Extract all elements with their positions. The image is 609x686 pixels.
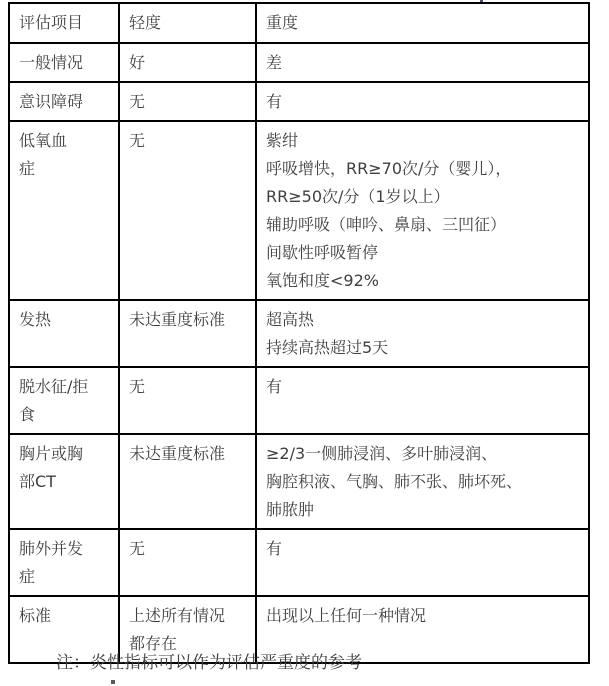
table-row-extrapulmonary: 肺外并发 症 无 有 — [9, 529, 589, 596]
cell-severe-criteria: ≥2/3一侧肺浸润、多叶肺浸润、 胸腔积液、气胸、肺不张、肺坏死、 肺脓肿 — [256, 434, 589, 529]
cell-assessment-item: 发热 — [9, 300, 119, 367]
cell-severe-criteria: 有 — [256, 367, 589, 434]
table-header-row: 评估项目 轻度 重度 — [9, 3, 589, 43]
column-header-mild: 轻度 — [119, 3, 256, 43]
severity-assessment-table: 评估项目 轻度 重度 一般情况 好 差 意识障碍 无 有 低氧血 症 无 紫绀 … — [8, 2, 590, 664]
cell-severe-criteria: 有 — [256, 529, 589, 596]
cell-mild-criteria: 无 — [119, 367, 256, 434]
cell-assessment-item: 低氧血 症 — [9, 121, 119, 300]
cropped-text-artifact-bottom — [111, 680, 115, 684]
table-row-hypoxemia: 低氧血 症 无 紫绀 呼吸增快，RR≥70次/分（婴儿）， RR≥50次/分（1… — [9, 121, 589, 300]
table-row-general-condition: 一般情况 好 差 — [9, 43, 589, 82]
cell-severe-criteria: 紫绀 呼吸增快，RR≥70次/分（婴儿）， RR≥50次/分（1岁以上） 辅助呼… — [256, 121, 589, 300]
cell-assessment-item: 意识障碍 — [9, 82, 119, 121]
cell-assessment-item: 胸片或胸 部CT — [9, 434, 119, 529]
table-row-consciousness: 意识障碍 无 有 — [9, 82, 589, 121]
column-header-severe: 重度 — [256, 3, 589, 43]
cell-assessment-item: 脱水征/拒 食 — [9, 367, 119, 434]
cell-mild-criteria: 未达重度标准 — [119, 300, 256, 367]
table-row-dehydration: 脱水征/拒 食 无 有 — [9, 367, 589, 434]
cell-mild-criteria: 好 — [119, 43, 256, 82]
cell-mild-criteria: 未达重度标准 — [119, 434, 256, 529]
cell-severe-criteria: 差 — [256, 43, 589, 82]
cell-mild-criteria: 无 — [119, 82, 256, 121]
cell-mild-criteria: 无 — [119, 121, 256, 300]
cell-severe-criteria: 超高热 持续高热超过5天 — [256, 300, 589, 367]
cell-assessment-item: 肺外并发 症 — [9, 529, 119, 596]
table-row-fever: 发热 未达重度标准 超高热 持续高热超过5天 — [9, 300, 589, 367]
cell-mild-criteria: 无 — [119, 529, 256, 596]
column-header-assessment-item: 评估项目 — [9, 3, 119, 43]
table-row-chest-imaging: 胸片或胸 部CT 未达重度标准 ≥2/3一侧肺浸润、多叶肺浸润、 胸腔积液、气胸… — [9, 434, 589, 529]
cell-severe-criteria: 有 — [256, 82, 589, 121]
cell-assessment-item: 一般情况 — [9, 43, 119, 82]
footnote: 注：炎性指标可以作为评估严重度的参考 — [56, 652, 362, 674]
